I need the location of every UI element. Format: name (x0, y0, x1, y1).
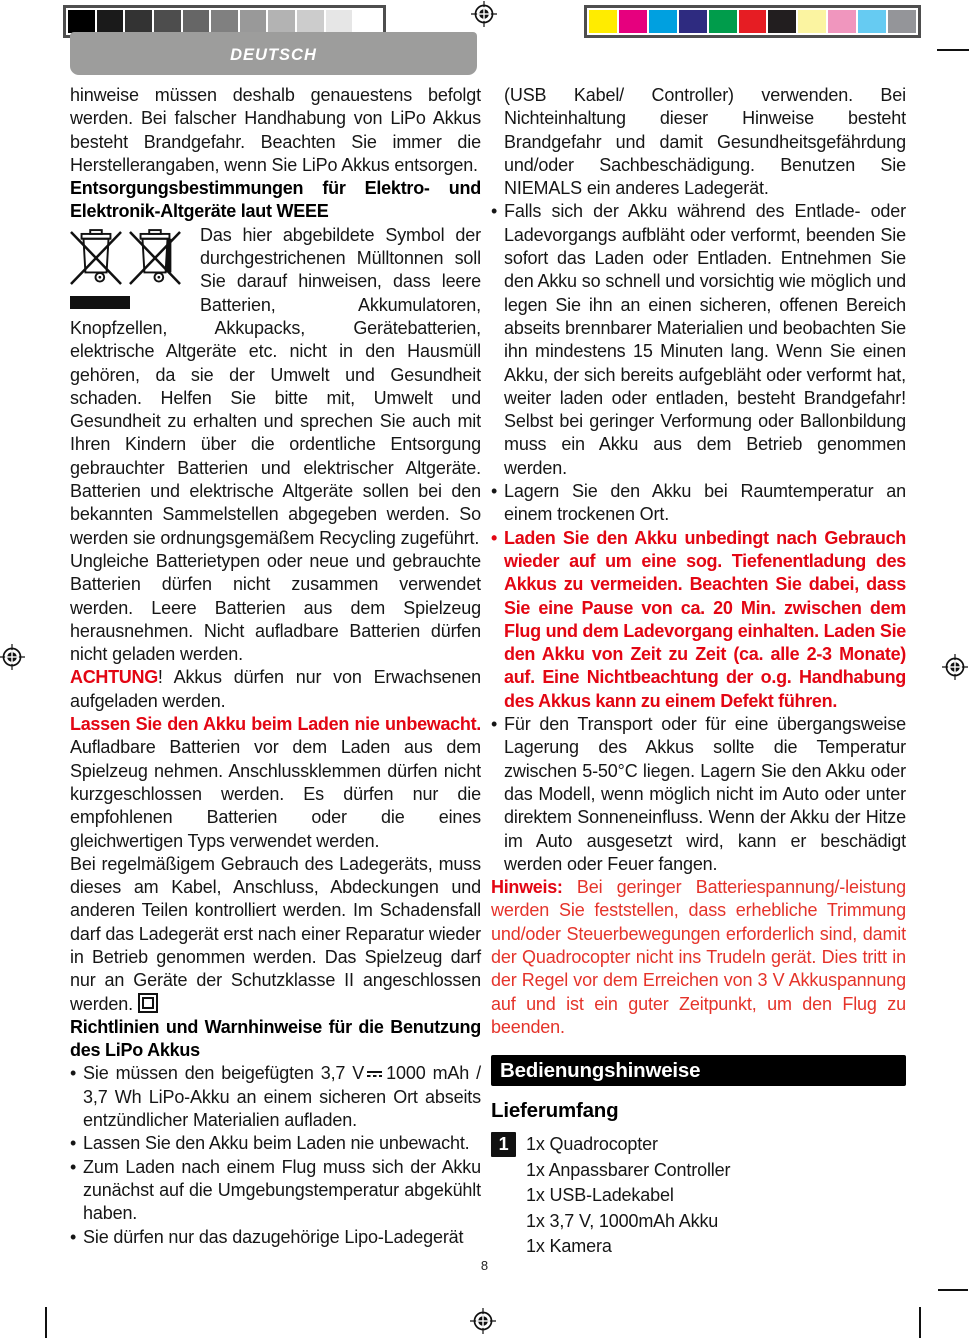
weee-heading: Entsorgungsbestimmungen für Elektro- und… (70, 177, 481, 224)
dc-voltage-icon (367, 1071, 382, 1078)
charger-care-text: Bei regelmäßigem Gebrauch des Ladegeräts… (70, 854, 481, 1014)
unattended-text: Aufladbare Batterien vor dem Laden aus d… (70, 737, 481, 850)
step-number-badge: 1 (491, 1132, 516, 1157)
calibration-swatch (154, 10, 181, 33)
bullet-recharge-warning: •Laden Sie den Akku unbedingt nach Gebra… (491, 527, 906, 713)
bullet-icon: • (491, 480, 497, 503)
calibration-swatch (679, 10, 707, 33)
weee-crossed-bin-icon (70, 227, 122, 289)
class-ii-icon (138, 993, 158, 1013)
bullet-text: Lassen Sie den Akku beim Laden nie unbew… (83, 1133, 470, 1153)
calibration-swatch (211, 10, 238, 33)
delivery-list: 1 1x Quadrocopter1x Anpassbarer Controll… (491, 1132, 906, 1260)
bullet-text: Lagern Sie den Akku bei Raumtemperatur a… (504, 481, 906, 524)
lipo-bullet-charge-location: •Sie müssen den beigefügten 3,7 V1000 mA… (70, 1062, 481, 1132)
bullet-icon: • (491, 713, 497, 736)
achtung-paragraph: ACHTUNG! Akkus dürfen nur von Erwachsene… (70, 666, 481, 713)
hinweis-paragraph: Hinweis: Bei geringer Batteriespannung/-… (491, 876, 906, 1039)
bullet-icon: • (70, 1226, 76, 1249)
bullet-text: Laden Sie den Akku unbedingt nach Gebrau… (504, 528, 906, 711)
calibration-swatch (739, 10, 767, 33)
registration-mark-icon (0, 644, 25, 670)
calibration-swatch (798, 10, 826, 33)
bullet-icon: • (70, 1132, 76, 1155)
hinweis-label: Hinweis: (491, 877, 563, 897)
charger-care-paragraph: Bei regelmäßigem Gebrauch des Ladegeräts… (70, 853, 481, 1016)
lipo-bullet-unattended: •Lassen Sie den Akku beim Laden nie unbe… (70, 1132, 481, 1155)
delivery-list-item: 1x Quadrocopter (526, 1132, 730, 1158)
calibration-swatch (888, 10, 916, 33)
right-text-column: (USB Kabel/ Controller) verwenden. Bei N… (491, 84, 906, 1260)
registration-mark-icon (471, 1, 497, 27)
registration-mark-icon (942, 654, 968, 680)
crop-mark (919, 1307, 921, 1338)
crop-mark (937, 49, 969, 51)
calibration-swatch (589, 10, 617, 33)
calibration-swatch (768, 10, 796, 33)
calibration-swatch (709, 10, 737, 33)
delivery-list-item: 1x Kamera (526, 1234, 730, 1260)
delivery-list-item: 1x 3,7 V, 1000mAh Akku (526, 1209, 730, 1235)
weee-crossed-bin-bar-icon (129, 227, 181, 289)
bullet-icon: • (70, 1062, 76, 1085)
hinweis-text: Bei geringer Batteriespannung/-leistung … (491, 877, 906, 1037)
page-number: 8 (0, 1258, 969, 1273)
calibration-swatch (828, 10, 856, 33)
achtung-label: ACHTUNG (70, 667, 158, 687)
unattended-paragraph: Lassen Sie den Akku beim Laden nie unbew… (70, 713, 481, 853)
bullet-swelling-warning: •Falls sich der Akku während des Entlade… (491, 200, 906, 480)
calibration-swatch (125, 10, 152, 33)
delivery-list-item: 1x USB-Ladekabel (526, 1183, 730, 1209)
calibration-swatch (297, 10, 324, 33)
calibration-swatch (619, 10, 647, 33)
calibration-swatch (649, 10, 677, 33)
mixed-batteries-paragraph: Ungleiche Batterietypen oder neue und ge… (70, 550, 481, 666)
calibration-swatch (354, 10, 381, 33)
crop-mark (938, 1289, 968, 1291)
calibration-swatch (97, 10, 124, 33)
lipo-guidelines-heading: Richtlinien und Warnhinweise für die Ben… (70, 1016, 481, 1063)
delivery-items: 1x Quadrocopter1x Anpassbarer Controller… (526, 1132, 730, 1260)
left-text-column: hinweise müssen deshalb genauestens befo… (70, 84, 481, 1249)
crop-mark (45, 1307, 47, 1338)
solid-bar-icon (70, 296, 130, 309)
delivery-heading: Lieferumfang (491, 1099, 906, 1122)
unattended-warning-label: Lassen Sie den Akku beim Laden nie unbew… (70, 714, 481, 734)
calibration-swatch (268, 10, 295, 33)
language-tab: DEUTSCH (70, 32, 477, 75)
registration-mark-icon (470, 1308, 496, 1334)
bullet-transport: •Für den Transport oder für eine übergan… (491, 713, 906, 876)
intro-paragraph: hinweise müssen deshalb genauestens befo… (70, 84, 481, 177)
calibration-swatch (240, 10, 267, 33)
lipo-bullet-cooldown: •Zum Laden nach einem Flug muss sich der… (70, 1156, 481, 1226)
bullet-text: Für den Transport oder für eine übergang… (504, 714, 906, 874)
bullet-icon: • (491, 200, 497, 223)
bullet-text: Falls sich der Akku während des Entlade-… (504, 201, 906, 477)
bullet-storage: •Lagern Sie den Akku bei Raumtemperatur … (491, 480, 906, 527)
weee-symbol-block (70, 227, 192, 309)
section-header-bedienungshinweise: Bedienungshinweise (491, 1055, 906, 1086)
manual-page: DEUTSCH hinweise müssen deshalb genauest… (0, 0, 969, 1338)
delivery-list-item: 1x Anpassbarer Controller (526, 1158, 730, 1184)
continuation-paragraph: (USB Kabel/ Controller) verwenden. Bei N… (491, 84, 906, 200)
calibration-swatch (858, 10, 886, 33)
bullet-text: Sie dürfen nur das dazugehörige Lipo-Lad… (83, 1227, 463, 1247)
bullet-icon: • (491, 527, 497, 550)
calibration-swatch (183, 10, 210, 33)
bullet-text: Zum Laden nach einem Flug muss sich der … (83, 1157, 481, 1224)
weee-paragraph: Das hier abgebildete Symbol der durchges… (70, 224, 481, 550)
calibration-swatch (326, 10, 353, 33)
bullet-text: Sie müssen den beigefügten 3,7 V (83, 1063, 364, 1083)
calibration-swatch (68, 10, 95, 33)
color-calibration-bar (584, 5, 921, 38)
bullet-icon: • (70, 1156, 76, 1179)
lipo-bullet-charger-only: •Sie dürfen nur das dazugehörige Lipo-La… (70, 1226, 481, 1249)
